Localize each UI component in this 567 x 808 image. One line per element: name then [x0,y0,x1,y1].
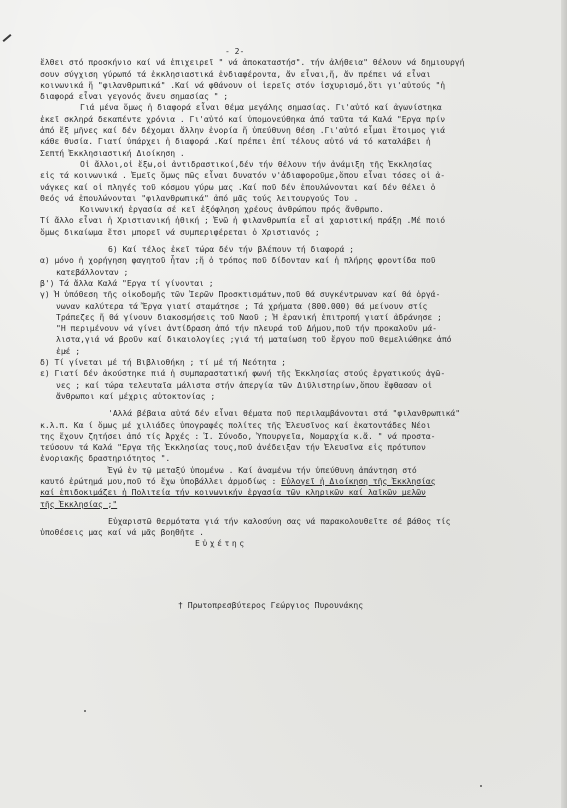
paragraph-3-line: Οἱ ἄλλοι,οἱ ἔξω,οἱ ἀντιδραστικοί,δέν τήν… [40,159,540,170]
underlined-question: Εὐλογεῖ ἡ Διοίκηση τῆς Ἐκκλησίας [281,476,435,486]
paragraph-7-line: Ἐγώ ἐν τῷ μεταξύ ὑπομένω . Καί ἀναμένω τ… [40,465,540,476]
paragraph-4-line: Κοινωνική ἐργασία σέ κεῖ ἐξόφληση χρέους… [40,204,540,215]
paragraph-1-line: κοινωνικά ἤ "φιλανθρωπικά" .Καί νά φθάνο… [40,80,540,91]
paragraph-2-line: ἐκεῖ σκληρά δεκαπέντε χρόνια . Γι'αὐτό κ… [40,114,540,125]
list-item-c-cont: ἐμέ ; [40,346,540,357]
paragraph-3-line: εἰς τά κοινωνικά . Ἐμεῖς ὅμως πῶς εἶναι … [40,170,540,181]
paragraph-7-line: καυτό ἐρώτημά μου,ποῦ τό ἔχω ὑποβάλλει ἁ… [40,476,540,487]
list-item-e-cont: νες ; καί τώρα τελευταῖα μάλιστα στήν ἀπ… [40,380,540,391]
paper-edge [561,0,567,808]
list-item-c-cont: "Η περιμένουν νά γίνει ἀντίδραση ἀπό τήν… [40,323,540,334]
closing-salutation: Εὐχέτης [40,538,540,549]
paragraph-2-line: ἀπό ἕξ μῆνες καί δέν δέχομαι ἄλλην ἐνορί… [40,125,540,136]
paper-speck [480,785,482,787]
paragraph-6-line: της ἔχουν ζητήσει ἀπό τίς Ἀρχές : Ἱ. Σύν… [40,431,540,442]
paragraph-6-line: τεύσουν τά Καλά "Εργα τῆς Ἐκκλησίας τους… [40,442,540,453]
list-item-c: γ) Ἡ ὑπόθεση τῆς οἰκοδομῆς τῶν Ἱερῶν Προ… [40,289,540,300]
underlined-question: τῆς Ἐκκλησίας ;" [40,499,540,510]
paragraph-4-line: ὅμως δικαίωμα ἔτσι μπορεῖ νά συμπεριφέρε… [40,227,540,238]
underlined-question: καί ἐπιδοκιμάζει ἡ Πολιτεία τήν κοινωνικ… [40,487,540,498]
paragraph-2-line: κάθε θυσία. Γιατί ὑπάρχει ἡ διαφορά .Καί… [40,136,540,147]
list-item-c-cont: νωναν καλύτερα τά Ἔργα γιατί σταμάτησε ;… [40,301,540,312]
list-marker: α) [40,255,50,265]
list-item-a: α) μόνο ἡ χορήγηση φαγητοῦ ἦταν ;ἤ ὁ τρό… [40,255,540,266]
paragraph-1-line: σουν σύγχιση γύρωπό τά ἐκκλησιαστικά ἐνδ… [40,69,540,80]
list-item-e: ε) Γιατί δέν ἀκούστηκε πιά ἡ συμπαραστατ… [40,368,540,379]
paragraph-1-line: ἔλθει στό προσκήνιο καί νά ἐπιχειρεῖ " ν… [40,57,540,68]
list-marker: β') [40,278,54,288]
list-item-c-cont: λιστα,γιά νά βροῦν καί δικαιολογίες ;γιά… [40,334,540,345]
paragraph-6-line: ἐνοριακῆς δραστηριότητος ". [40,453,540,464]
list-marker: γ) [40,289,50,299]
list-item-e-cont: ἄνθρωποι καί μέχρις αὐτοκτονίας ; [40,391,540,402]
paragraph-3-line: νάγκες καί οἱ πληγές τοῦ κόσμου γύρω μας… [40,182,540,193]
paragraph-4-line: Τί ἄλλο εἶναι ἡ Χριστιανική ἠθική ; Ἐνῶ … [40,215,540,226]
paragraph-1-line: διαφορά εἶναι γεγονός ἄνευ σημασίας " ; [40,91,540,102]
paragraph-3-line: Θεός νά ἐπουλώνονται "φιλανθρωπικά" ἀπό … [40,193,540,204]
list-item-a-cont: κατεβάλλονταν ; [40,267,540,278]
list-item-c-cont: Τράπεζες ἤ θά γίνουν διακοσμήσεις τοῦ Να… [40,312,540,323]
paragraph-2-line: Γιά μένα ὅμως ἡ διαφορά εἶναι θέμα μεγάλ… [40,102,540,113]
list-marker: ε) [40,368,50,378]
pen-mark [3,34,12,42]
paper-speck [84,710,86,712]
page-number: - 2- [40,46,540,57]
document-page: - 2- ἔλθει στό προσκήνιο καί νά ἐπιχειρε… [0,0,567,808]
paper-speck [64,350,66,352]
paragraph-6-line: κ.λ.π. Κα ί ὅμως μέ χιλιάδες ὑπογραφές π… [40,420,540,431]
paragraph-2-line: Σεπτή Ἐκκλησιαστική Διοίκηση . [40,148,540,159]
paragraph-6-line: 'Αλλά βέβαια αὐτά δέν εἶναι θέματα ποῦ π… [40,408,540,419]
signature: † Πρωτοπρεσβύτερος Γεώργιος Πυρουνάκης [178,600,363,610]
letter-body: - 2- ἔλθει στό προσκήνιο καί νά ἐπιχειρε… [40,46,540,550]
paragraph-8-line: Εὐχαριστῶ θερμότατα γιά τήν καλοσύνη σας… [40,516,540,527]
list-item-d: δ) Τί γίνεται μέ τή Βιβλιοθήκη ; τί μέ τ… [40,357,540,368]
section-6-heading: 6) Καί τέλος ἐκεῖ τώρα δέν τήν βλέπουν τ… [40,244,540,255]
list-marker: δ) [40,357,50,367]
list-item-b: β') Τά ἄλλα Καλά "Εργα τί γίνονται ; [40,278,540,289]
paragraph-8-line: ὑποθέσεις μας καί νά μᾶς βοηθῆτε . [40,527,540,538]
